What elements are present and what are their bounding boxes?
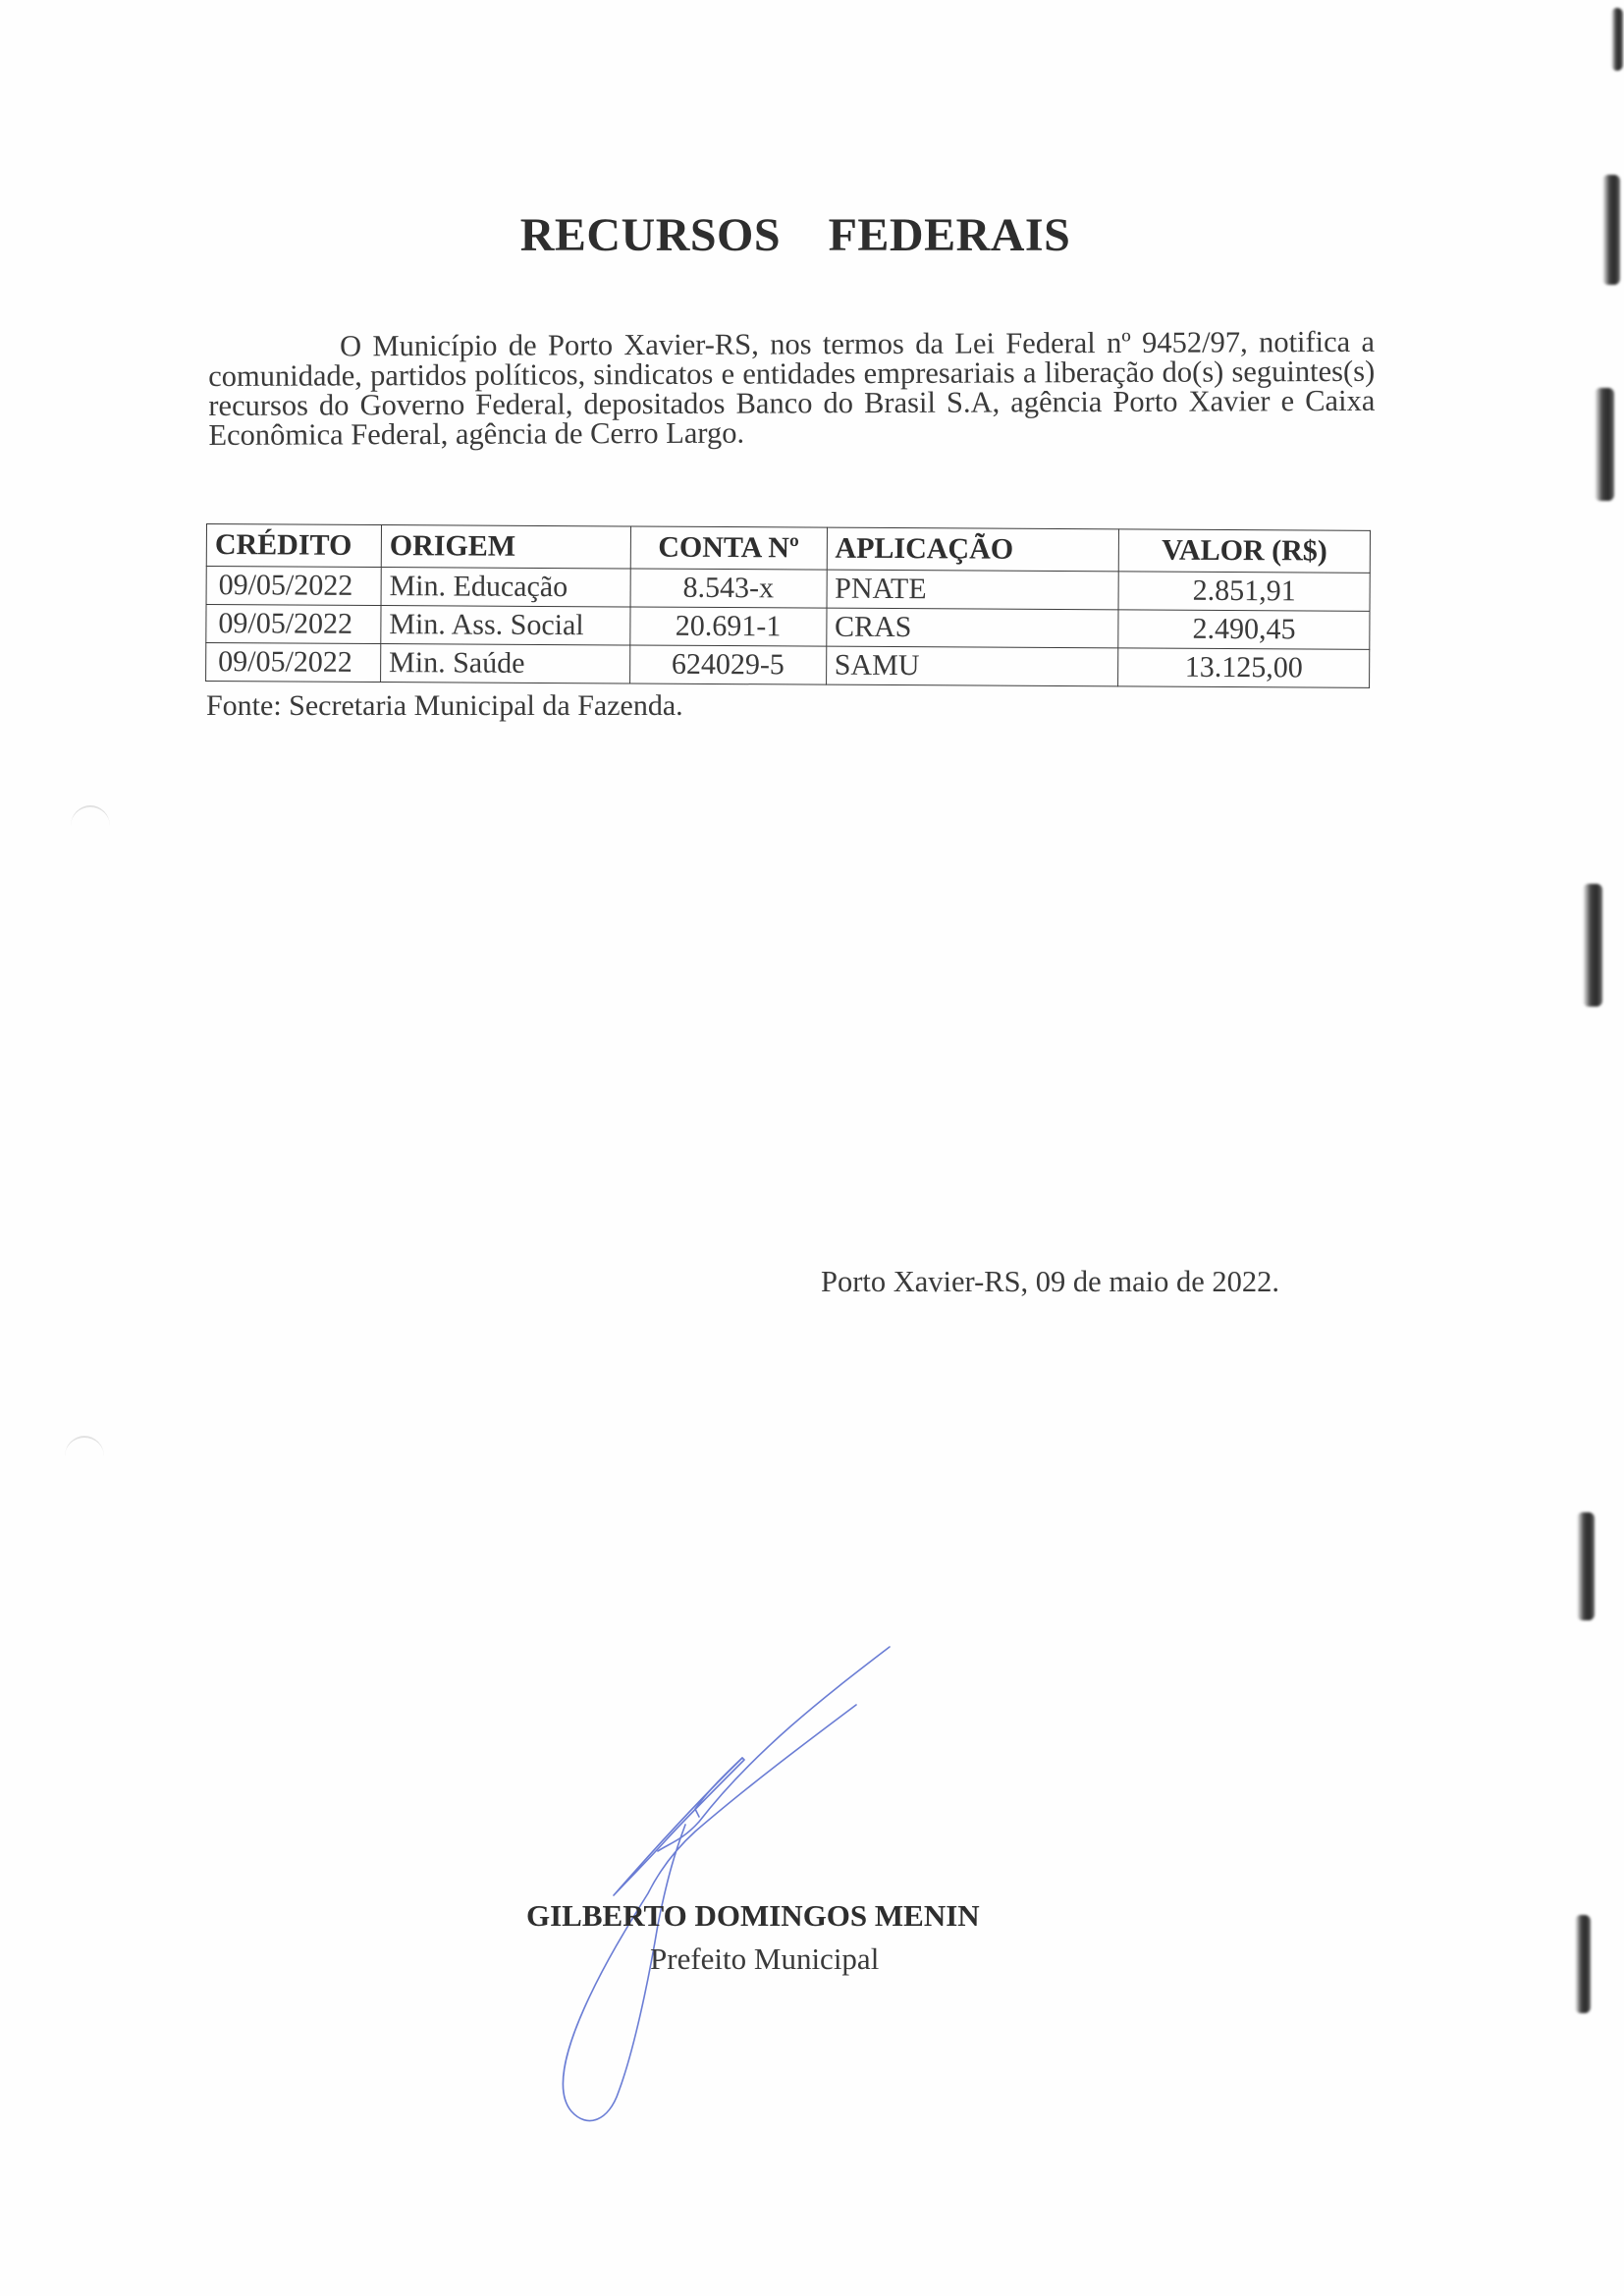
header-origem: ORIGEM [381, 525, 630, 569]
scan-edge-mark [1583, 884, 1602, 1007]
header-conta: CONTA Nº [630, 526, 827, 570]
intro-paragraph: O Município de Porto Xavier-RS, nos term… [208, 327, 1376, 450]
scan-edge-mark [1595, 388, 1614, 501]
paragraph-indent [208, 355, 340, 356]
resources-table: CRÉDITO ORIGEM CONTA Nº APLICAÇÃO VALOR … [205, 523, 1371, 688]
cell-aplicacao: CRAS [826, 608, 1118, 648]
document-page: RECURSOS FEDERAIS O Município de Porto X… [0, 0, 1624, 2296]
header-valor: VALOR (R$) [1118, 529, 1370, 573]
cell-aplicacao: SAMU [826, 646, 1118, 686]
punch-hole-mark [71, 805, 110, 847]
table-row: 09/05/2022 Min. Saúde 624029-5 SAMU 13.1… [206, 643, 1370, 688]
cell-valor: 2.490,45 [1118, 610, 1370, 649]
resources-table-container: CRÉDITO ORIGEM CONTA Nº APLICAÇÃO VALOR … [205, 523, 1371, 688]
intro-text: O Município de Porto Xavier-RS, nos term… [208, 325, 1375, 452]
scan-edge-mark [1611, 8, 1623, 71]
cell-credito: 09/05/2022 [206, 643, 381, 683]
place-date: Porto Xavier-RS, 09 de maio de 2022. [821, 1265, 1279, 1299]
header-aplicacao: APLICAÇÃO [827, 527, 1119, 572]
cell-conta: 624029-5 [629, 645, 826, 684]
signer-role: Prefeito Municipal [650, 1941, 879, 1977]
cell-origem: Min. Saúde [380, 644, 629, 683]
cell-valor: 2.851,91 [1118, 572, 1370, 611]
cell-conta: 8.543-x [630, 569, 827, 608]
signer-name: GILBERTO DOMINGOS MENIN [526, 1898, 980, 1934]
cell-aplicacao: PNATE [827, 570, 1119, 610]
cell-credito: 09/05/2022 [206, 567, 381, 606]
cell-valor: 13.125,00 [1118, 648, 1370, 687]
scan-edge-mark [1602, 175, 1620, 285]
cell-credito: 09/05/2022 [206, 605, 381, 644]
cell-origem: Min. Educação [381, 568, 630, 607]
table-row: 09/05/2022 Min. Ass. Social 20.691-1 CRA… [206, 605, 1370, 650]
punch-hole-mark [65, 1436, 104, 1477]
table-header-row: CRÉDITO ORIGEM CONTA Nº APLICAÇÃO VALOR … [206, 524, 1370, 574]
header-credito: CRÉDITO [206, 524, 381, 568]
cell-origem: Min. Ass. Social [381, 606, 630, 645]
scan-edge-mark [1577, 1512, 1595, 1620]
cell-conta: 20.691-1 [630, 607, 827, 646]
source-note: Fonte: Secretaria Municipal da Fazenda. [206, 689, 683, 723]
handwritten-signature [511, 1630, 1021, 2160]
table-row: 09/05/2022 Min. Educação 8.543-x PNATE 2… [206, 567, 1370, 612]
document-title: RECURSOS FEDERAIS [0, 208, 1591, 262]
scan-edge-mark [1575, 1915, 1591, 2013]
